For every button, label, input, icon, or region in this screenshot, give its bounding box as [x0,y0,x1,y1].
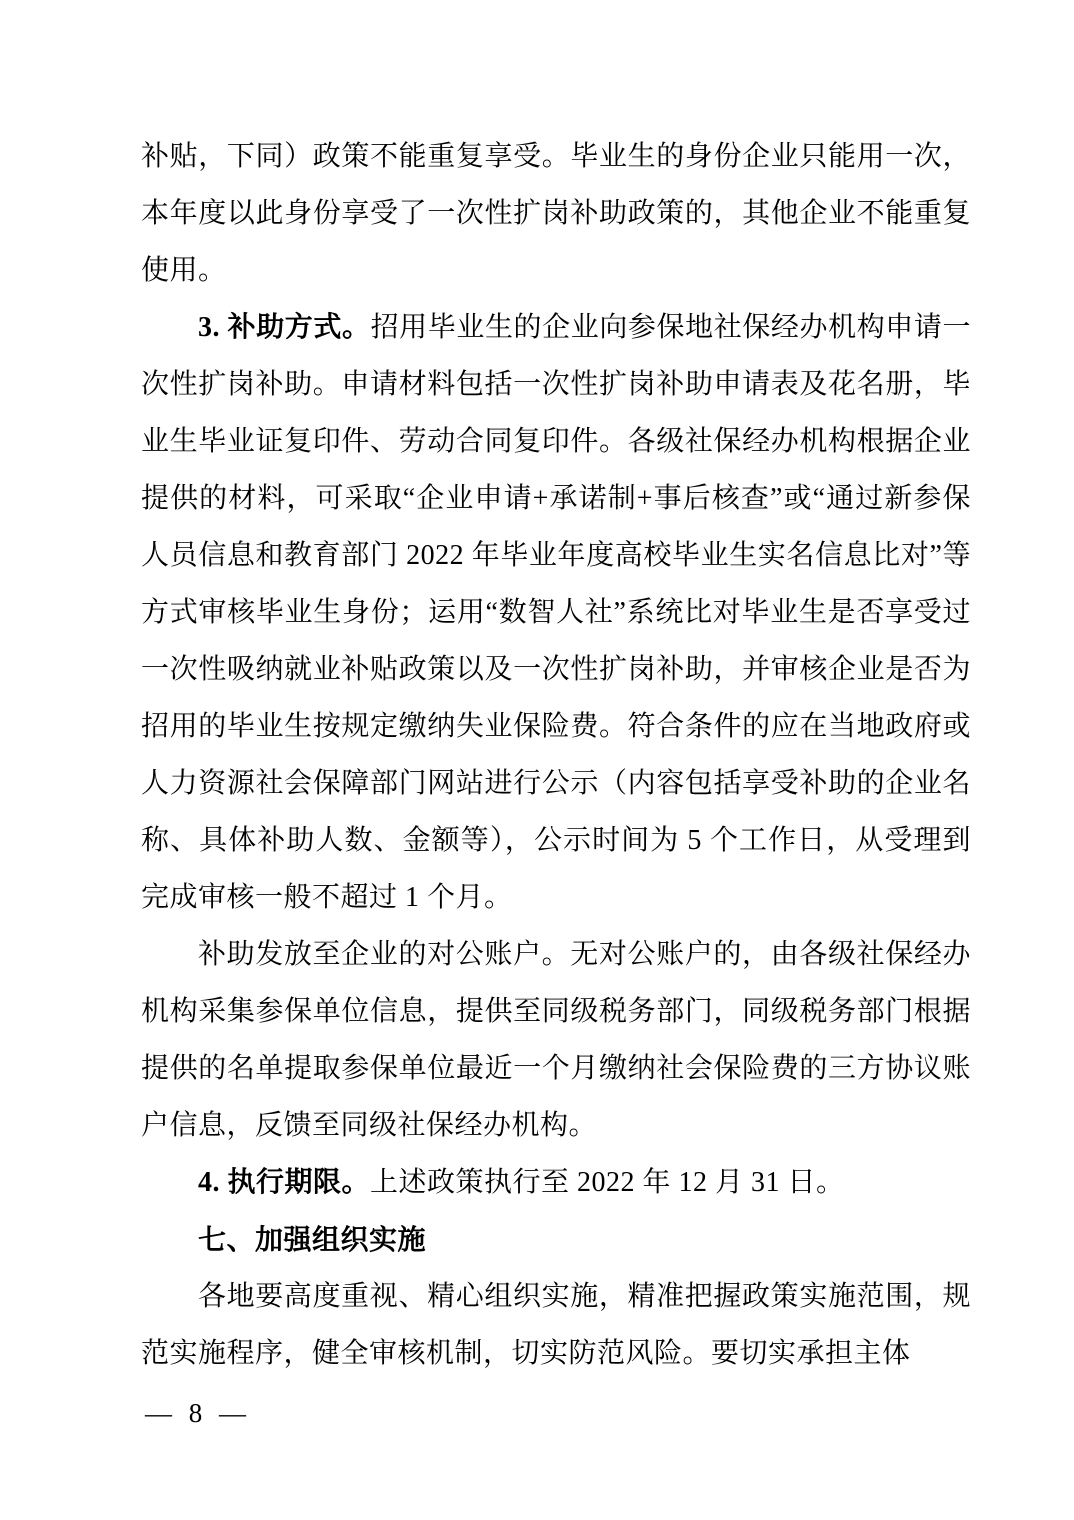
section-heading: 七、加强组织实施 [141,1211,971,1268]
paragraph-text: 补贴，下同）政策不能重复享受。毕业生的身份企业只能用一次，本年度以此身份享受了一… [141,141,971,286]
paragraph-execution-period: 4. 执行期限。上述政策执行至 2022 年 12 月 31 日。 [141,1154,971,1211]
document-page: 补贴，下同）政策不能重复享受。毕业生的身份企业只能用一次，本年度以此身份享受了一… [0,0,1074,1520]
paragraph-subsidy-method: 3. 补助方式。招用毕业生的企业向参保地社保经办机构申请一次性扩岗补助。申请材料… [141,299,971,926]
section-heading-text: 七、加强组织实施 [198,1224,426,1255]
paragraph-bold-lead: 3. 补助方式。 [198,312,371,343]
paragraph-bold-lead: 4. 执行期限。 [198,1167,370,1198]
document-body: 补贴，下同）政策不能重复享受。毕业生的身份企业只能用一次，本年度以此身份享受了一… [141,128,971,1382]
paragraph-text: 各地要高度重视、精心组织实施，精准把握政策实施范围，规范实施程序，健全审核机制，… [141,1281,971,1369]
page-number-footer: — 8 — [145,1398,251,1429]
paragraph-text: 上述政策执行至 2022 年 12 月 31 日。 [370,1167,845,1198]
page-number: — 8 — [145,1398,251,1428]
paragraph-text: 招用毕业生的企业向参保地社保经办机构申请一次性扩岗补助。申请材料包括一次性扩岗补… [141,312,971,913]
paragraph-text: 补助发放至企业的对公账户。无对公账户的，由各级社保经办机构采集参保单位信息，提供… [141,939,971,1141]
paragraph-payment-account: 补助发放至企业的对公账户。无对公账户的，由各级社保经办机构采集参保单位信息，提供… [141,926,971,1154]
paragraph-implementation: 各地要高度重视、精心组织实施，精准把握政策实施范围，规范实施程序，健全审核机制，… [141,1268,971,1382]
paragraph-continuation: 补贴，下同）政策不能重复享受。毕业生的身份企业只能用一次，本年度以此身份享受了一… [141,128,971,299]
